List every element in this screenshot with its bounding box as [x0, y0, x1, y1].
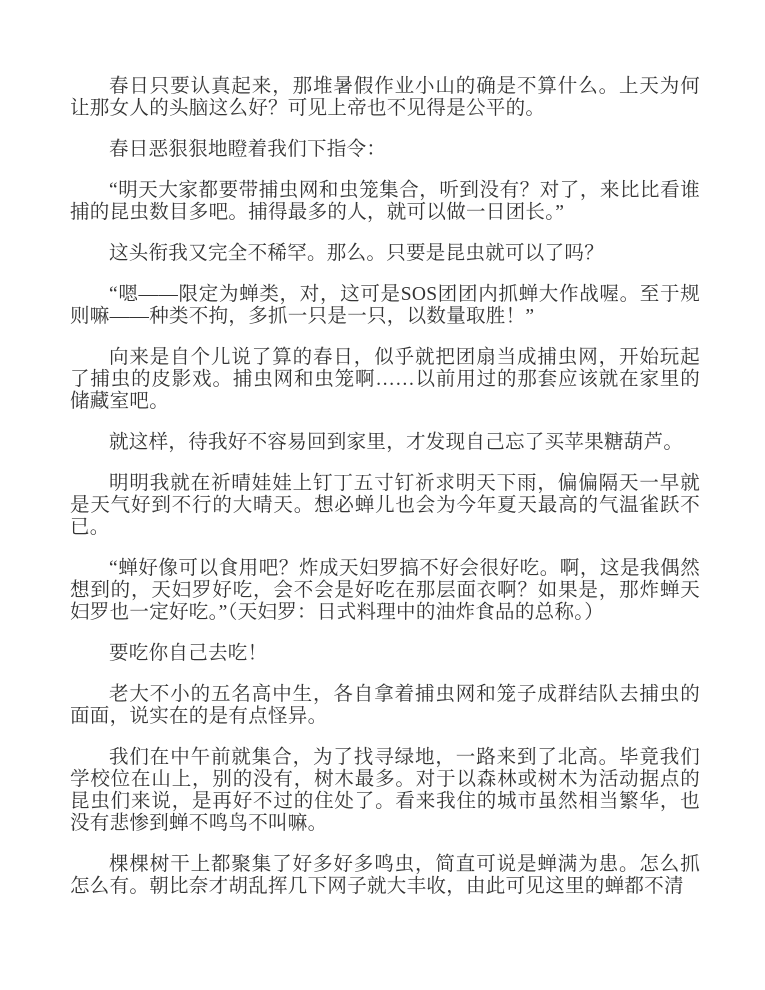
paragraph: 我们在中午前就集合，为了找寻绿地，一路来到了北高。毕竟我们学校位在山上，别的没有…	[70, 747, 700, 835]
text-block: 春日只要认真起来，那堆暑假作业小山的确是不算什么。上天为何让那女人的头脑这么好？…	[70, 76, 700, 898]
paragraph: “嗯——限定为蝉类，对，这可是SOS团团内抓蝉大作战喔。至于规则嘛——种类不拘，…	[70, 284, 700, 328]
book-page: 春日只要认真起来，那堆暑假作业小山的确是不算什么。上天为何让那女人的头脑这么好？…	[0, 0, 765, 990]
paragraph: 老大不小的五名高中生，各自拿着捕虫网和笼子成群结队去捕虫的面面，说实在的是有点怪…	[70, 684, 700, 728]
paragraph: 要吃你自己去吃！	[70, 643, 700, 665]
paragraph: 春日只要认真起来，那堆暑假作业小山的确是不算什么。上天为何让那女人的头脑这么好？…	[70, 76, 700, 120]
paragraph: 明明我就在祈晴娃娃上钉丁五寸钉祈求明天下雨，偏偏隔天一早就是天气好到不行的大晴天…	[70, 473, 700, 539]
paragraph: 春日恶狠狠地瞪着我们下指令：	[70, 139, 700, 161]
paragraph: 就这样，待我好不容易回到家里，才发现自己忘了买苹果糖葫芦。	[70, 432, 700, 454]
paragraph: 这头衔我又完全不稀罕。那么。只要是昆虫就可以了吗？	[70, 243, 700, 265]
paragraph: 棵棵树干上都聚集了好多好多鸣虫，简直可说是蝉满为患。怎么抓怎么有。朝比奈才胡乱挥…	[70, 854, 700, 898]
paragraph: 向来是自个儿说了算的春日，似乎就把团扇当成捕虫网，开始玩起了捕虫的皮影戏。捕虫网…	[70, 347, 700, 413]
paragraph: “明天大家都要带捕虫网和虫笼集合，听到没有？对了，来比比看谁捕的昆虫数目多吧。捕…	[70, 180, 700, 224]
paragraph: “蝉好像可以食用吧？炸成天妇罗搞不好会很好吃。啊，这是我偶然想到的，天妇罗好吃，…	[70, 558, 700, 624]
